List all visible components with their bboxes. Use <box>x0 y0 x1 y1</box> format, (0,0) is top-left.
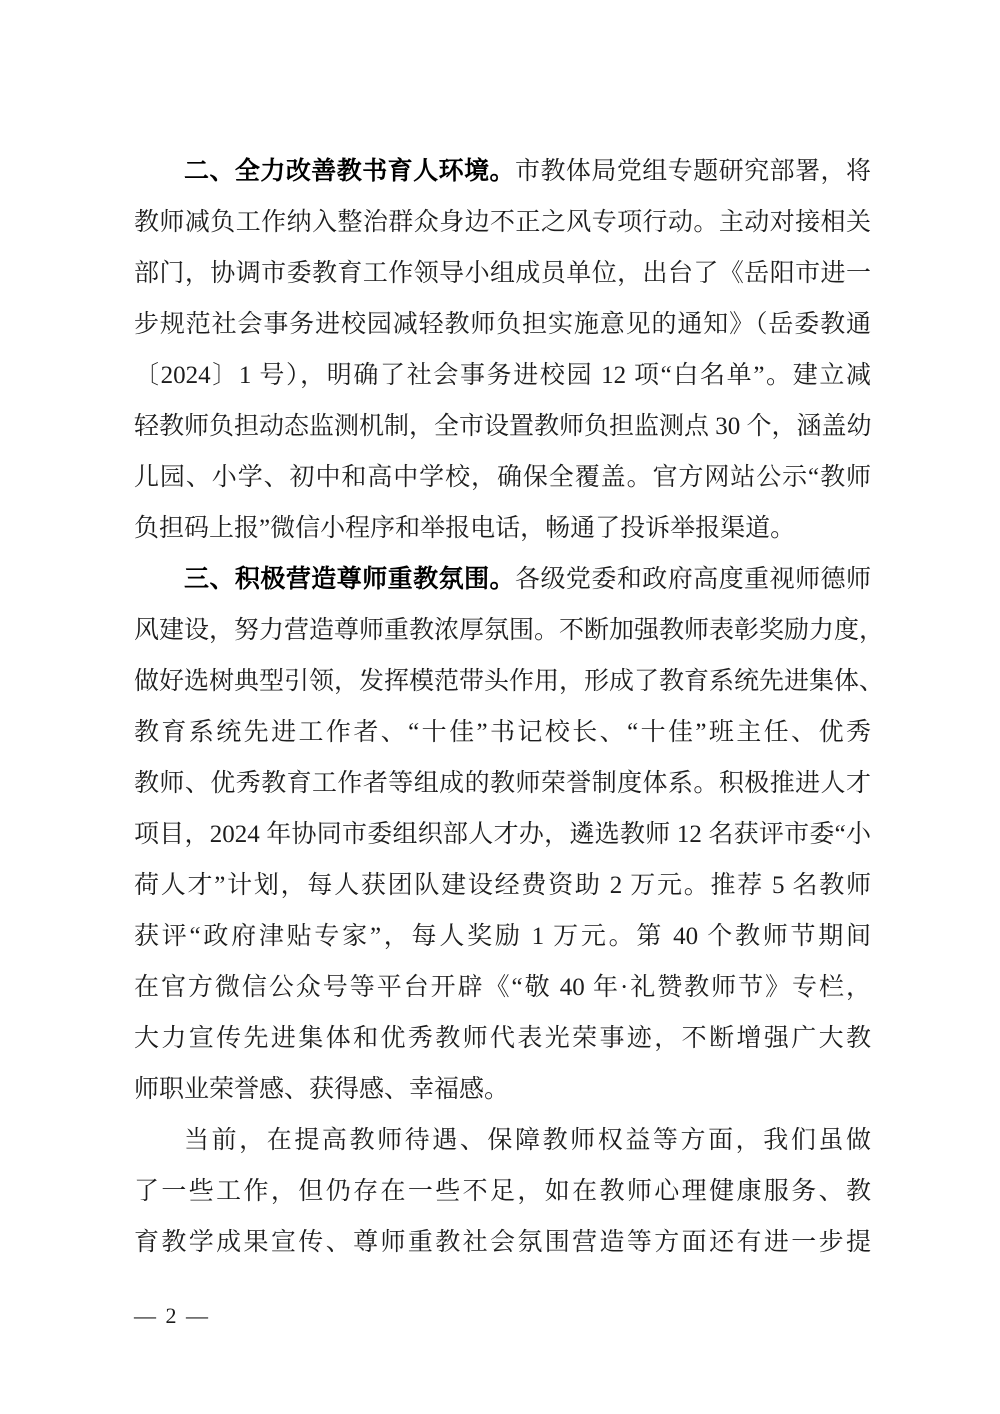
text-line: 师职业荣誉感、获得感、幸福感。 <box>134 1064 871 1115</box>
text-line: 育教学成果宣传、尊师重教社会氛围营造等方面还有进一步提 <box>134 1217 871 1268</box>
text-line: 做好选树典型引领，发挥模范带头作用，形成了教育系统先进集体、 <box>134 656 871 707</box>
line-text: 项目，2024 年协同市委组织部人才办，遴选教师 12 名获评市委“小 <box>134 821 871 848</box>
text-line: 部门，协调市委教育工作领导小组成员单位，出台了《岳阳市进一 <box>134 248 871 299</box>
text-line: 〔2024〕1 号），明确了社会事务进校园 12 项“白名单”。建立减 <box>134 350 871 401</box>
text-line: 在官方微信公众号等平台开辟《“敬 40 年·礼赞教师节》专栏， <box>134 962 871 1013</box>
text-line: 项目，2024 年协同市委组织部人才办，遴选教师 12 名获评市委“小 <box>134 809 871 860</box>
line-text: 〔2024〕1 号），明确了社会事务进校园 12 项“白名单”。建立减 <box>134 362 871 389</box>
line-text: 教育系统先进工作者、“十佳”书记校长、“十佳”班主任、优秀 <box>134 719 871 746</box>
line-bold-text: 二、全力改善教书育人环境。 <box>184 158 515 185</box>
text-line: 教师、优秀教育工作者等组成的教师荣誉制度体系。积极推进人才 <box>134 758 871 809</box>
text-line: 荷人才”计划，每人获团队建设经费资助 2 万元。推荐 5 名教师 <box>134 860 871 911</box>
line-text: 教师、优秀教育工作者等组成的教师荣誉制度体系。积极推进人才 <box>134 770 871 797</box>
text-line: 了一些工作，但仍存在一些不足，如在教师心理健康服务、教 <box>134 1166 871 1217</box>
line-text: 大力宣传先进集体和优秀教师代表光荣事迹，不断增强广大教 <box>134 1025 871 1052</box>
line-text: 负担码上报”微信小程序和举报电话，畅通了投诉举报渠道。 <box>134 515 795 542</box>
text-line: 儿园、小学、初中和高中学校，确保全覆盖。官方网站公示“教师 <box>134 452 871 503</box>
line-text: 市教体局党组专题研究部署，将 <box>515 158 871 185</box>
text-line: 大力宣传先进集体和优秀教师代表光荣事迹，不断增强广大教 <box>134 1013 871 1064</box>
line-text: 师职业荣誉感、获得感、幸福感。 <box>134 1076 509 1103</box>
line-text: 荷人才”计划，每人获团队建设经费资助 2 万元。推荐 5 名教师 <box>134 872 871 899</box>
line-text: 步规范社会事务进校园减轻教师负担实施意见的通知》（岳委教通 <box>134 311 871 338</box>
line-text: 部门，协调市委教育工作领导小组成员单位，出台了《岳阳市进一 <box>134 260 871 287</box>
document-body: 二、全力改善教书育人环境。市教体局党组专题研究部署，将教师减负工作纳入整治群众身… <box>134 146 871 1268</box>
line-text: 儿园、小学、初中和高中学校，确保全覆盖。官方网站公示“教师 <box>134 464 871 491</box>
line-text: 风建设，努力营造尊师重教浓厚氛围。不断加强教师表彰奖励力度， <box>134 617 884 644</box>
line-text: 轻教师负担动态监测机制，全市设置教师负担监测点 30 个，涵盖幼 <box>134 413 872 440</box>
line-text: 当前，在提高教师待遇、保障教师权益等方面，我们虽做 <box>184 1127 871 1154</box>
text-line: 轻教师负担动态监测机制，全市设置教师负担监测点 30 个，涵盖幼 <box>134 401 871 452</box>
line-text: 了一些工作，但仍存在一些不足，如在教师心理健康服务、教 <box>134 1178 871 1205</box>
line-text: 获评“政府津贴专家”，每人奖励 1 万元。第 40 个教师节期间 <box>134 923 871 950</box>
text-line: 教育系统先进工作者、“十佳”书记校长、“十佳”班主任、优秀 <box>134 707 871 758</box>
line-text: 做好选树典型引领，发挥模范带头作用，形成了教育系统先进集体、 <box>134 668 884 695</box>
text-line: 负担码上报”微信小程序和举报电话，畅通了投诉举报渠道。 <box>134 503 871 554</box>
text-line: 教师减负工作纳入整治群众身边不正之风专项行动。主动对接相关 <box>134 197 871 248</box>
page-number: — 2 — <box>134 1303 210 1329</box>
line-text: 育教学成果宣传、尊师重教社会氛围营造等方面还有进一步提 <box>134 1229 871 1256</box>
document-page: 二、全力改善教书育人环境。市教体局党组专题研究部署，将教师减负工作纳入整治群众身… <box>0 0 1000 1414</box>
text-line: 二、全力改善教书育人环境。市教体局党组专题研究部署，将 <box>134 146 871 197</box>
line-text: 各级党委和政府高度重视师德师 <box>515 566 871 593</box>
text-line: 步规范社会事务进校园减轻教师负担实施意见的通知》（岳委教通 <box>134 299 871 350</box>
line-text: 在官方微信公众号等平台开辟《“敬 40 年·礼赞教师节》专栏， <box>134 974 871 1001</box>
text-line: 获评“政府津贴专家”，每人奖励 1 万元。第 40 个教师节期间 <box>134 911 871 962</box>
text-line: 风建设，努力营造尊师重教浓厚氛围。不断加强教师表彰奖励力度， <box>134 605 871 656</box>
line-text: 教师减负工作纳入整治群众身边不正之风专项行动。主动对接相关 <box>134 209 871 236</box>
text-line: 三、积极营造尊师重教氛围。各级党委和政府高度重视师德师 <box>134 554 871 605</box>
line-bold-text: 三、积极营造尊师重教氛围。 <box>184 566 515 593</box>
text-line: 当前，在提高教师待遇、保障教师权益等方面，我们虽做 <box>134 1115 871 1166</box>
